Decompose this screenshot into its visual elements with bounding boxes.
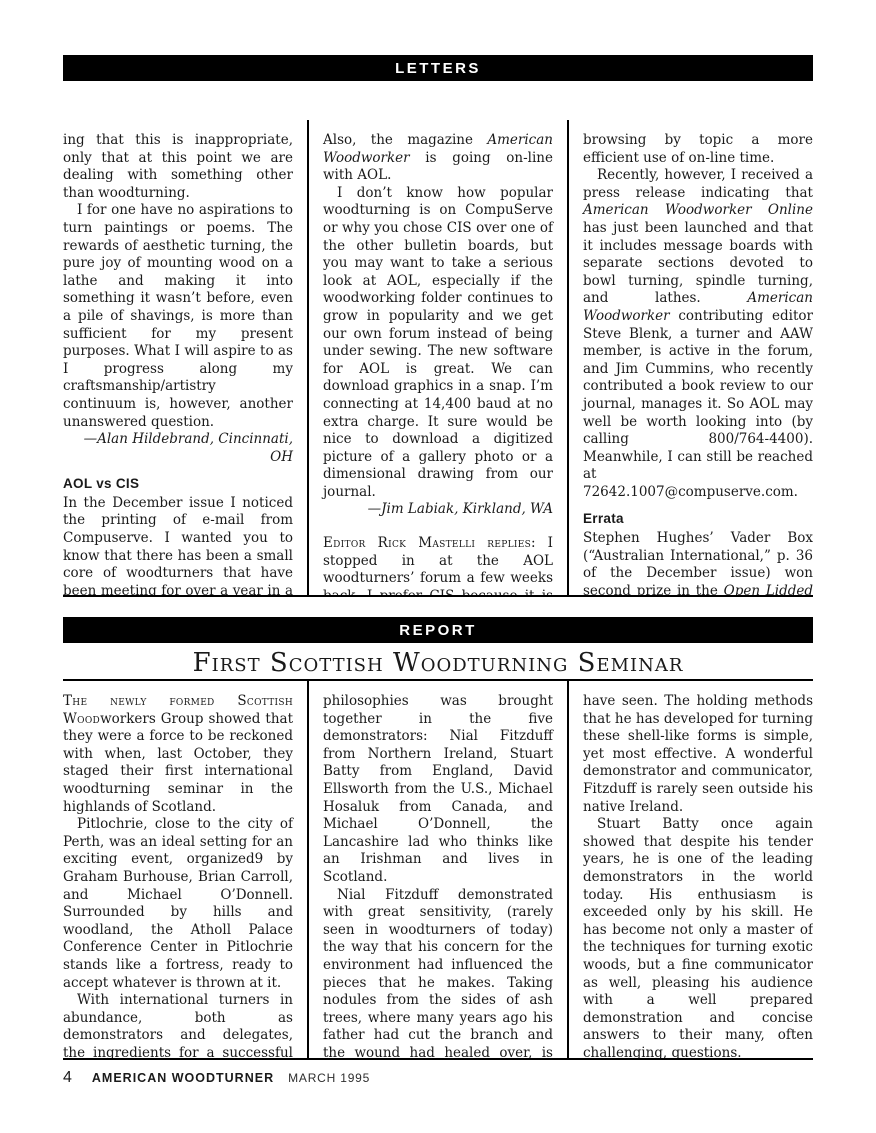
subheading: AOL vs CIS (63, 475, 293, 493)
body-paragraph: The newly formed Scottish Woodworkers Gr… (63, 693, 293, 816)
letters-column-2: Also, the magazine American Woodworker i… (307, 120, 567, 595)
journal-title: AMERICAN WOODTURNER (92, 1071, 274, 1085)
report-headline: First Scottish Woodturning Seminar (63, 643, 813, 679)
letters-banner-label: LETTERS (395, 60, 481, 77)
body-paragraph: have seen. The holding methods that he h… (583, 693, 813, 816)
report-column-3: have seen. The holding methods that he h… (567, 681, 813, 1058)
letters-column-1: ing that this is inappropriate, only tha… (63, 120, 307, 595)
page-content: LETTERS ing that this is inappropriate, … (63, 0, 813, 1087)
report-section-banner: REPORT (63, 617, 813, 643)
editor-reply-paragraph: Editor Rick Mastelli replies: I stopped … (323, 535, 553, 595)
body-paragraph: Nial Fitzduff demonstrated with great se… (323, 887, 553, 1058)
body-paragraph: With international turners in abundance,… (63, 992, 293, 1058)
report-banner-label: REPORT (399, 622, 477, 639)
letters-column-3: browsing by topic a more efficient use o… (567, 120, 813, 595)
magazine-page: LETTERS ing that this is inappropriate, … (0, 0, 876, 1133)
page-number: 4 (63, 1069, 72, 1087)
report-column-1: The newly formed Scottish Woodworkers Gr… (63, 681, 307, 1058)
page-footer: 4 AMERICAN WOODTURNER MARCH 1995 (63, 1060, 813, 1087)
body-paragraph: Stuart Batty once again showed that desp… (583, 816, 813, 1058)
body-paragraph: Recently, however, I received a press re… (583, 167, 813, 501)
body-paragraph: I don’t know how popular woodturning is … (323, 185, 553, 502)
subheading: Errata (583, 510, 813, 528)
letter-signature: —Jim Labiak, Kirkland, WA (323, 501, 553, 519)
body-paragraph: Also, the magazine American Woodworker i… (323, 132, 553, 185)
issue-date: MARCH 1995 (288, 1071, 370, 1085)
body-paragraph: Pitlochrie, close to the city of Perth, … (63, 816, 293, 992)
letters-section-banner: LETTERS (63, 55, 813, 81)
body-paragraph: In the December issue I noticed the prin… (63, 495, 293, 595)
body-paragraph: I for one have no aspirations to turn pa… (63, 202, 293, 431)
letter-signature: —Alan Hildebrand, Cincinnati, OH (63, 431, 293, 466)
letters-columns: ing that this is inappropriate, only tha… (63, 120, 813, 597)
body-paragraph: ing that this is inappropriate, only tha… (63, 132, 293, 202)
body-paragraph: philosophies was brought together in the… (323, 693, 553, 887)
body-paragraph: Stephen Hughes’ Vader Box (“Australian I… (583, 530, 813, 595)
report-column-2: philosophies was brought together in the… (307, 681, 567, 1058)
body-paragraph: browsing by topic a more efficient use o… (583, 132, 813, 167)
report-columns: The newly formed Scottish Woodworkers Gr… (63, 679, 813, 1060)
